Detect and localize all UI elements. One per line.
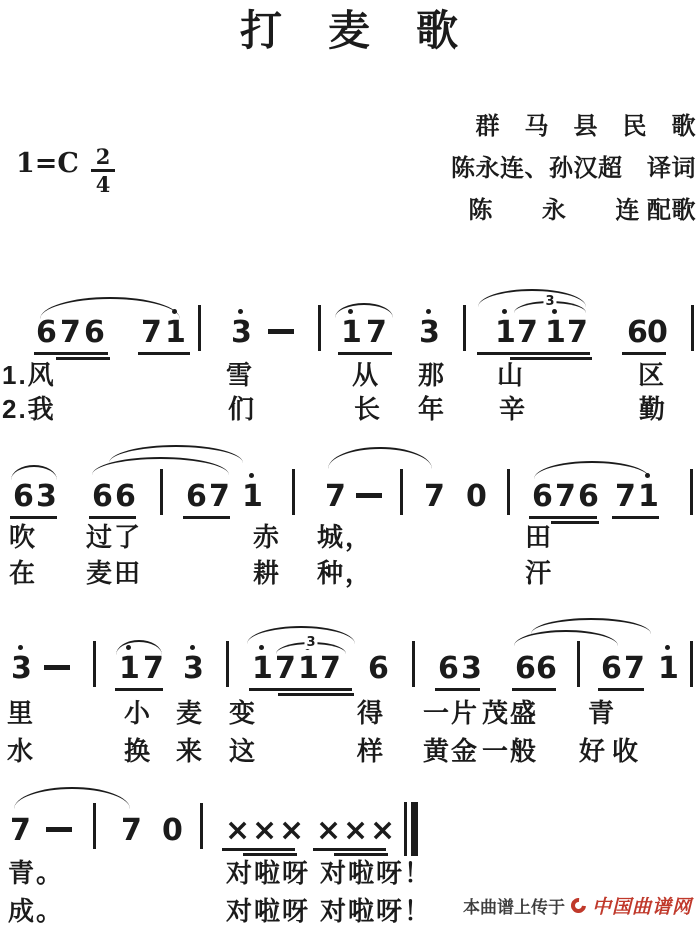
slur bbox=[534, 461, 650, 479]
bar-line bbox=[292, 469, 295, 515]
score-note: 7 bbox=[143, 654, 164, 684]
slur bbox=[40, 297, 180, 319]
score-note: 7 bbox=[209, 482, 230, 512]
lyric-syllable: 青。 bbox=[8, 860, 64, 886]
lyric-syllable: 在 bbox=[9, 560, 37, 586]
score-note: 7 bbox=[366, 318, 387, 348]
lyric-syllable: 汗 bbox=[525, 560, 553, 586]
score-note: 7 bbox=[615, 482, 636, 512]
score-note: × bbox=[279, 816, 304, 846]
score-note: 1 bbox=[638, 482, 659, 512]
score-note: 6 bbox=[92, 482, 113, 512]
slur bbox=[328, 447, 432, 469]
note-underline bbox=[512, 688, 556, 691]
bar-line bbox=[690, 469, 693, 515]
note-underline bbox=[56, 357, 110, 360]
lyric-syllable: 1.风 bbox=[2, 362, 56, 388]
score-note: 1 bbox=[658, 654, 679, 684]
score-note: 1 bbox=[341, 318, 362, 348]
tuplet-number: 3 bbox=[304, 636, 317, 649]
lyric-syllable: 过了 bbox=[86, 524, 142, 550]
time-signature: 2 4 bbox=[90, 146, 116, 195]
score-note: 6 bbox=[36, 318, 57, 348]
bar-line bbox=[93, 803, 96, 849]
score-note: 0 bbox=[647, 318, 668, 348]
meter-denominator: 4 bbox=[96, 172, 111, 197]
score-note: 1 bbox=[119, 654, 140, 684]
credits-block: 群 马 县 民 歌 陈永连、孙汉超 译词 陈 永 连 配歌 bbox=[451, 106, 696, 232]
credit-line-arranger: 陈 永 连 配歌 bbox=[451, 190, 696, 232]
sheet-music-page: { "page": { "ink": "#1b1b1b", "backgroun… bbox=[0, 0, 700, 927]
lyric-syllable: 黄金 bbox=[423, 738, 479, 764]
score-note: × bbox=[316, 816, 341, 846]
lyric-syllable: 长 bbox=[354, 396, 382, 422]
lyric-syllable: 得 bbox=[357, 700, 385, 726]
score-note: 0 bbox=[162, 816, 183, 846]
lyric-syllable: 辛 bbox=[499, 396, 527, 422]
score-note: 3 bbox=[231, 318, 252, 348]
score-note: 1 bbox=[242, 482, 263, 512]
score-note: 6 bbox=[627, 318, 648, 348]
bar-line bbox=[198, 305, 201, 351]
octave-dot bbox=[426, 309, 431, 314]
credit-line-source: 群 马 县 民 歌 bbox=[451, 106, 696, 148]
lyric-syllable: 里 bbox=[7, 700, 35, 726]
score-note: × bbox=[225, 816, 250, 846]
slur bbox=[11, 465, 57, 480]
lyric-syllable: 对啦呀 bbox=[226, 860, 310, 886]
score-note: 6 bbox=[13, 482, 34, 512]
score-note: 1 bbox=[495, 318, 516, 348]
score-note: 6 bbox=[578, 482, 599, 512]
final-bar-line bbox=[404, 802, 407, 856]
bar-line bbox=[412, 641, 415, 687]
note-underline bbox=[334, 853, 388, 856]
octave-dot bbox=[190, 645, 195, 650]
slur bbox=[531, 618, 651, 634]
meter-numerator: 2 bbox=[96, 144, 111, 169]
score-note: 3 bbox=[11, 654, 32, 684]
lyric-syllable: 对啦呀！ bbox=[320, 898, 432, 924]
bar-line bbox=[690, 641, 693, 687]
lyric-syllable: 山 bbox=[497, 362, 525, 388]
score-note: 3 bbox=[419, 318, 440, 348]
lyric-syllable: 赤 bbox=[253, 524, 281, 550]
score-note: 7 bbox=[10, 816, 31, 846]
score-note: 1 bbox=[298, 654, 319, 684]
score-note: 7 bbox=[121, 816, 142, 846]
lyric-syllable: 对啦呀！ bbox=[320, 860, 432, 886]
lyric-syllable: 成。 bbox=[8, 898, 64, 924]
bar-line bbox=[577, 641, 580, 687]
note-underline bbox=[338, 352, 392, 355]
final-bar-line bbox=[411, 802, 418, 856]
score-note: 7 bbox=[141, 318, 162, 348]
lyric-syllable: 那 bbox=[418, 362, 446, 388]
slur bbox=[247, 626, 355, 644]
score-note: 3 bbox=[36, 482, 57, 512]
note-underline bbox=[249, 688, 352, 691]
duration-dash bbox=[268, 329, 294, 334]
lyric-syllable: 们 bbox=[228, 396, 256, 422]
score-note: 7 bbox=[555, 482, 576, 512]
lyric-syllable: 从 bbox=[352, 362, 380, 388]
note-underline bbox=[551, 521, 599, 524]
note-underline bbox=[529, 516, 597, 519]
score-note: 6 bbox=[532, 482, 553, 512]
note-underline bbox=[243, 853, 297, 856]
score-note: 6 bbox=[84, 318, 105, 348]
note-underline bbox=[115, 688, 163, 691]
tuplet-number: 3 bbox=[543, 295, 556, 308]
score-note: 6 bbox=[438, 654, 459, 684]
note-underline bbox=[183, 516, 230, 519]
note-underline bbox=[34, 352, 108, 355]
note-underline bbox=[89, 516, 136, 519]
lyric-syllable: 勤 bbox=[639, 396, 667, 422]
key-signature: 1=C bbox=[16, 150, 79, 177]
bar-line bbox=[463, 305, 466, 351]
lyric-syllable: 青 bbox=[588, 700, 616, 726]
note-underline bbox=[435, 688, 480, 691]
slur bbox=[116, 640, 162, 655]
score-note: 7 bbox=[325, 482, 346, 512]
note-underline bbox=[313, 848, 386, 851]
octave-dot bbox=[259, 645, 264, 650]
note-underline bbox=[612, 516, 659, 519]
watermark-site: 中国曲谱网 bbox=[592, 892, 692, 919]
lyric-syllable: 变 bbox=[229, 700, 257, 726]
bar-line bbox=[507, 469, 510, 515]
watermark-text: 本曲谱上传于 bbox=[463, 893, 565, 918]
quma-logo-icon bbox=[568, 895, 589, 916]
bar-line bbox=[226, 641, 229, 687]
note-underline bbox=[477, 352, 590, 355]
bar-line bbox=[200, 803, 203, 849]
score-note: 7 bbox=[624, 654, 645, 684]
octave-dot bbox=[665, 645, 670, 650]
octave-dot bbox=[502, 309, 507, 314]
score-note: × bbox=[370, 816, 395, 846]
lyric-syllable: 对啦呀 bbox=[226, 898, 310, 924]
lyric-syllable: 来 bbox=[176, 738, 204, 764]
lyric-syllable: 样 bbox=[357, 738, 385, 764]
note-underline bbox=[138, 352, 190, 355]
score-note: 6 bbox=[536, 654, 557, 684]
score-note: 1 bbox=[165, 318, 186, 348]
lyric-syllable: 小 bbox=[124, 700, 152, 726]
bar-line bbox=[318, 305, 321, 351]
slur bbox=[109, 445, 243, 463]
score-note: 7 bbox=[320, 654, 341, 684]
duration-dash bbox=[356, 493, 382, 498]
score-note: 7 bbox=[567, 318, 588, 348]
duration-dash bbox=[44, 665, 70, 670]
lyric-syllable: 吹 bbox=[9, 524, 37, 550]
lyric-syllable: 城， bbox=[317, 524, 373, 550]
octave-dot bbox=[18, 645, 23, 650]
lyric-syllable: 收 bbox=[612, 738, 640, 764]
lyric-syllable: 耕 bbox=[253, 560, 281, 586]
lyric-syllable: 这 bbox=[229, 738, 257, 764]
lyric-syllable: 好 bbox=[579, 738, 607, 764]
score-note: 6 bbox=[515, 654, 536, 684]
score-note: 6 bbox=[186, 482, 207, 512]
bar-line bbox=[691, 305, 694, 351]
note-underline bbox=[10, 516, 57, 519]
lyric-syllable: 雪 bbox=[226, 362, 254, 388]
score-note: 7 bbox=[517, 318, 538, 348]
note-underline bbox=[598, 688, 644, 691]
lyric-syllable: 麦 bbox=[176, 700, 204, 726]
lyric-syllable: 麦田 bbox=[86, 560, 142, 586]
lyric-syllable: 年 bbox=[418, 396, 446, 422]
note-underline bbox=[222, 848, 295, 851]
slur bbox=[335, 303, 393, 318]
credit-line-lyricists: 陈永连、孙汉超 译词 bbox=[451, 148, 696, 190]
octave-dot bbox=[238, 309, 243, 314]
lyric-syllable: 茂盛 bbox=[482, 700, 538, 726]
score-note: 7 bbox=[275, 654, 296, 684]
duration-dash bbox=[46, 827, 72, 832]
bar-line bbox=[93, 641, 96, 687]
score-note: 7 bbox=[60, 318, 81, 348]
score-note: 3 bbox=[183, 654, 204, 684]
bar-line bbox=[400, 469, 403, 515]
score-note: 6 bbox=[601, 654, 622, 684]
lyric-syllable: 一片 bbox=[423, 700, 479, 726]
score-note: 6 bbox=[368, 654, 389, 684]
slur bbox=[14, 787, 130, 809]
score-note: 6 bbox=[115, 482, 136, 512]
lyric-syllable: 种， bbox=[317, 560, 373, 586]
lyric-syllable: 2.我 bbox=[2, 396, 56, 422]
lyric-syllable: 区 bbox=[638, 362, 666, 388]
score-note: 7 bbox=[424, 482, 445, 512]
score-note: 0 bbox=[466, 482, 487, 512]
lyric-syllable: 换 bbox=[124, 738, 152, 764]
score-note: 1 bbox=[252, 654, 273, 684]
watermark: 本曲谱上传于 中国曲谱网 bbox=[463, 892, 692, 919]
note-underline bbox=[622, 352, 666, 355]
score-note: × bbox=[252, 816, 277, 846]
score-note: 3 bbox=[461, 654, 482, 684]
score-note: × bbox=[343, 816, 368, 846]
lyric-syllable: 田 bbox=[525, 524, 553, 550]
lyric-syllable: 水 bbox=[7, 738, 35, 764]
lyric-syllable: 一般 bbox=[482, 738, 538, 764]
song-title: 打 麦 歌 bbox=[0, 8, 700, 54]
score-note: 1 bbox=[545, 318, 566, 348]
bar-line bbox=[160, 469, 163, 515]
octave-dot bbox=[249, 473, 254, 478]
note-underline bbox=[278, 693, 354, 696]
